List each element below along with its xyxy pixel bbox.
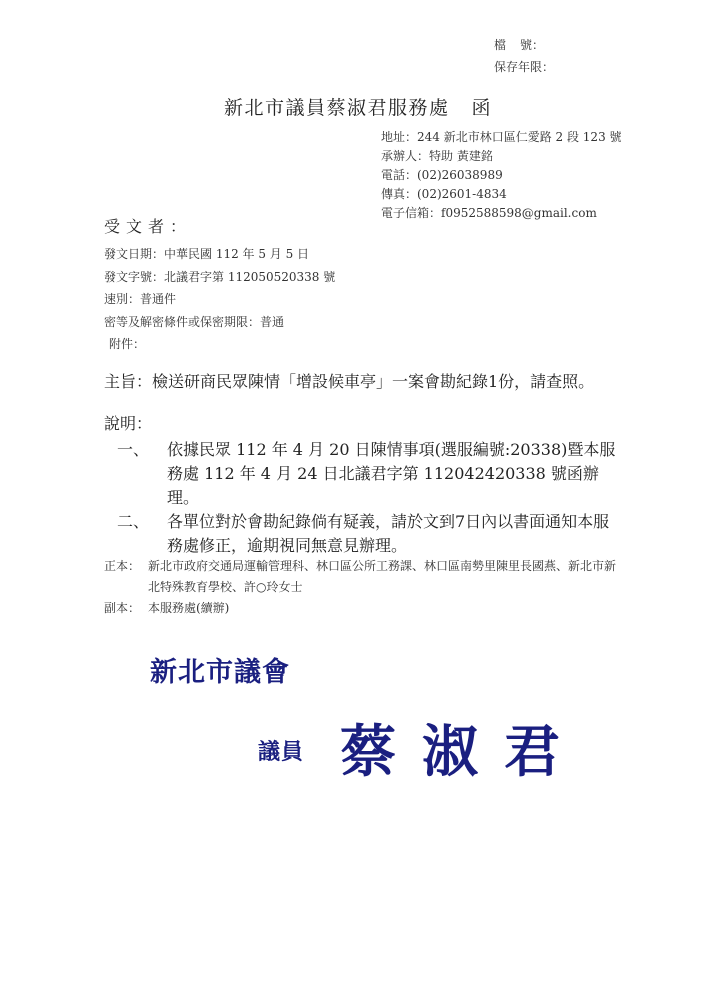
signature-council: 新北市議會 <box>150 650 290 689</box>
distribution-block: 正本： 新北市政府交通局運輸管理科、林口區公所工務課、林口區南勢里陳里長國燕、新… <box>104 556 618 619</box>
recipient-label: 受文者： <box>104 214 192 237</box>
contact-email: 電子信箱：f0952588598@gmail.com <box>381 204 622 223</box>
contact-phone: 電話：(02)26038989 <box>381 166 622 185</box>
primary-list: 新北市政府交通局運輸管理科、林口區公所工務課、林口區南勢里陳里長國燕、新北市新北… <box>148 556 618 598</box>
item-text: 依據民眾 112 年 4 月 20 日陳情事項(選服編號:20338)暨本服務處… <box>167 438 617 510</box>
office-name: 新北市議員蔡淑君服務處 <box>224 97 450 119</box>
primary-recipients: 正本： 新北市政府交通局運輸管理科、林口區公所工務課、林口區南勢里陳里長國燕、新… <box>104 556 618 598</box>
attachment-label: 附件： <box>104 333 335 356</box>
delivery-speed: 速別：普通件 <box>104 288 335 311</box>
document-number: 發文字號：北議君字第 112050520338 號 <box>104 266 335 289</box>
copy-label: 副本： <box>104 598 148 619</box>
retention-period-field: 保存年限： <box>494 56 554 78</box>
item-number: 一、 <box>117 438 167 462</box>
signature-role: 議員 <box>258 735 304 766</box>
contact-address: 地址：244 新北市林口區仁愛路 2 段 123 號 <box>381 128 622 147</box>
explanation-list: 一、 依據民眾 112 年 4 月 20 日陳情事項(選服編號:20338)暨本… <box>104 438 617 558</box>
primary-label: 正本： <box>104 556 148 598</box>
signature-name: 蔡淑君 <box>340 708 586 788</box>
copy-list: 本服務處(續辦) <box>148 598 618 619</box>
explanation-item: 一、 依據民眾 112 年 4 月 20 日陳情事項(選服編號:20338)暨本… <box>104 438 617 510</box>
file-number-field: 檔號： <box>494 34 554 56</box>
issue-date: 發文日期：中華民國 112 年 5 月 5 日 <box>104 243 335 266</box>
explanation-item: 二、 各單位對於會勘紀錄倘有疑義，請於文到7日內以書面通知本服務處修正，逾期視同… <box>104 510 617 558</box>
item-number: 二、 <box>117 510 167 534</box>
document-meta: 發文日期：中華民國 112 年 5 月 5 日 發文字號：北議君字第 11205… <box>104 243 335 356</box>
copy-recipients: 副本： 本服務處(續辦) <box>104 598 618 619</box>
archive-fields: 檔號： 保存年限： <box>494 34 554 78</box>
subject-line: 主旨：檢送研商民眾陳情「增設候車亭」一案會勘紀錄1份，請查照。 <box>104 369 594 392</box>
document-title: 新北市議員蔡淑君服務處函 <box>224 93 492 120</box>
contact-fax: 傳真：(02)2601-4834 <box>381 185 622 204</box>
explanation-heading: 說明： <box>104 411 152 434</box>
document-type: 函 <box>472 97 493 119</box>
security-level: 密等及解密條件或保密期限：普通 <box>104 311 335 334</box>
contact-block: 地址：244 新北市林口區仁愛路 2 段 123 號 承辦人：特助 黃建銘 電話… <box>381 128 622 223</box>
item-text: 各單位對於會勘紀錄倘有疑義，請於文到7日內以書面通知本服務處修正，逾期視同無意見… <box>167 510 617 558</box>
contact-handler: 承辦人：特助 黃建銘 <box>381 147 622 166</box>
